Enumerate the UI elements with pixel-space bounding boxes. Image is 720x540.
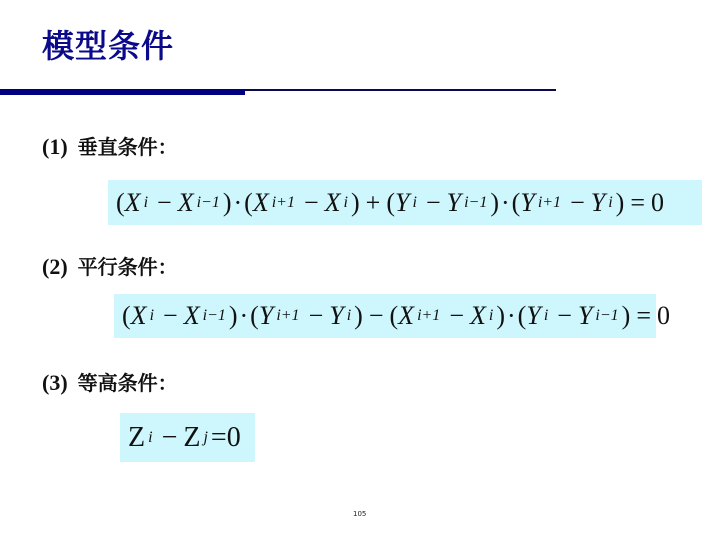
condition-1-number: (1) [42, 134, 68, 159]
condition-1-label: (1)垂直条件： [42, 134, 178, 160]
condition-3-text: 等高条件： [78, 371, 178, 395]
condition-3-label: (3)等高条件： [42, 370, 178, 396]
page-number: 105 [353, 510, 366, 518]
formula-parallel: (Xi−Xi−1)·(Yi+1−Yi)−(Xi+1−Xi)·(Yi−Yi−1)=… [114, 294, 656, 338]
title-underline-thin [245, 89, 556, 91]
condition-3-number: (3) [42, 370, 68, 395]
condition-2-label: (2)平行条件： [42, 254, 178, 280]
slide-title: 模型条件 [42, 26, 174, 66]
formula-perpendicular: (Xi−Xi−1)·(Xi+1−Xi)+(Yi−Yi−1)·(Yi+1−Yi)=… [108, 180, 702, 225]
title-underline-thick [0, 89, 245, 95]
condition-1-text: 垂直条件： [78, 135, 178, 159]
formula-equal-height: Zi−Zj=0 [120, 413, 255, 462]
condition-2-text: 平行条件： [78, 255, 178, 279]
condition-2-number: (2) [42, 254, 68, 279]
